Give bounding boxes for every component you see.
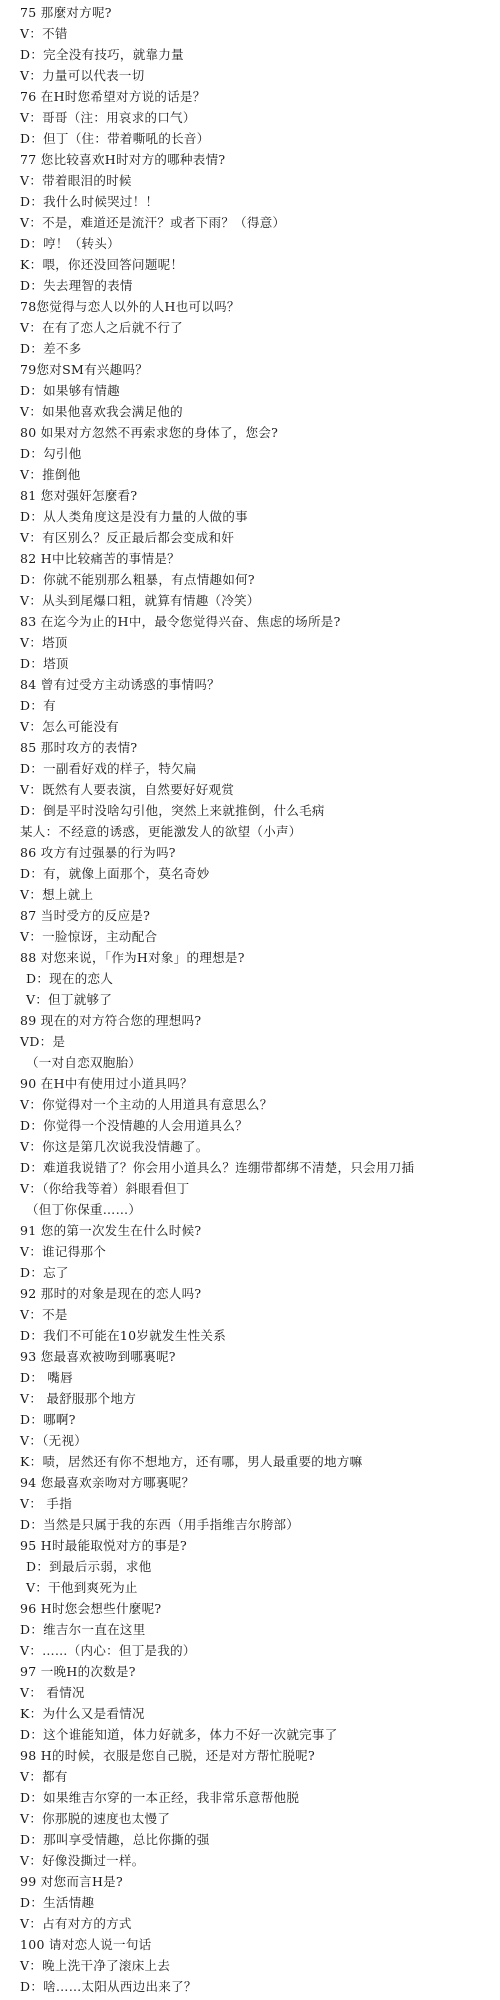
document-line: V：推倒他 [20,465,81,485]
document-line: V：哥哥（注：用哀求的口气） [20,108,196,128]
document-line: D：勾引他 [20,444,82,464]
document-line: 76 在H时您希望对方说的话是？ [20,87,206,107]
document-line: V：既然有人要表演，自然要好好观赏 [20,780,234,800]
document-line: D：失去理智的表情 [20,276,133,296]
document-line: D：生活情趣 [20,1893,94,1913]
document-line: （但丁你保重……） [26,1200,141,1220]
document-line: D：完全没有技巧，就靠力量 [20,45,184,65]
document-line: 80 如果对方忽然不再索求您的身体了，您会? [20,423,278,443]
document-line: V：但丁就够了 [26,990,112,1010]
document-line: 85 那时攻方的表情? [20,738,137,758]
document-line: D：如果维吉尔穿的一本正经，我非常乐意帮他脱 [20,1788,299,1808]
document-line: V：不错 [20,24,68,44]
document-line: D：但丁（住：带着嘶吼的长音） [20,129,210,149]
document-line: V：塔顶 [20,633,68,653]
document-line: 96 H时您会想些什麼呢? [20,1599,161,1619]
document-line: 91 您的第一次发生在什么时候? [20,1221,201,1241]
document-line: 79您对SM有兴趣吗？ [20,360,148,380]
document-line: V：不是 [20,1305,68,1325]
document-line: V：……（内心：但丁是我的） [20,1641,196,1661]
document-line: D：啥……太阳从西边出来了？ [20,1977,197,1997]
document-line: 82 H中比较痛苦的事情是？ [20,549,180,569]
document-line: V：干他到爽死为止 [26,1578,138,1598]
document-line: 77 您比较喜欢H时对方的哪种表情? [20,150,225,170]
document-line: D：忘了 [20,1263,69,1283]
document-line: 98 H的时候，衣服是您自己脱，还是对方帮忙脱呢? [20,1746,315,1766]
document-line: 86 攻方有过强暴的行为吗? [20,843,176,863]
document-line: V：好像没撕过一样。 [20,1851,145,1871]
document-line: V：你那脱的速度也太慢了 [20,1809,170,1829]
document-line: D： 嘴唇 [20,1368,73,1388]
document-line: 84 曾有过受方主动诱惑的事情吗？ [20,675,220,695]
document-line: V：从头到尾爆口粗，就算有情趣（冷笑） [20,591,260,611]
document-line: V：（无视） [20,1431,87,1451]
document-line: D：现在的恋人 [26,969,113,989]
document-line: V：不是，难道还是流汗？或者下雨？（得意） [20,213,285,233]
document-line: 94 您最喜欢亲吻对方哪裏呢？ [20,1473,194,1493]
document-line: V：力量可以代表一切 [20,66,145,86]
document-line: 92 那时的对象是现在的恋人吗? [20,1284,201,1304]
document-line: 78您觉得与恋人以外的人H也可以吗？ [20,297,240,317]
document-line: 100 请对恋人说一句话 [20,1935,151,1955]
document-line: 某人：不经意的诱惑，更能激发人的欲望（小声） [20,822,302,842]
document-line: V：你觉得对一个主动的人用道具有意思么？ [20,1095,273,1115]
document-line: V：谁记得那个 [20,1242,106,1262]
document-line: D：维吉尔一直在这里 [20,1620,146,1640]
document-line: V：带着眼泪的时候 [20,171,132,191]
document-line: V： 最舒服那个地方 [20,1389,136,1409]
document-line: 97 一晚H的次数是? [20,1662,136,1682]
document-line: V：在有了恋人之后就不行了 [20,318,183,338]
document-line: D：到最后示弱，求他 [26,1557,152,1577]
document-line: D：哪啊? [20,1410,76,1430]
document-line: V：一脸惊讶，主动配合 [20,927,157,947]
document-line: VD：是 [20,1032,65,1052]
document-line: D：我们不可能在10岁就发生性关系 [20,1326,226,1346]
document-line: D：当然是只属于我的东西（用手指维吉尔胯部） [20,1515,299,1535]
document-line: D：你觉得一个没情趣的人会用道具么？ [20,1116,248,1136]
document-line: V：如果他喜欢我会满足他的 [20,402,183,422]
document-line: D：那叫享受情趣，总比你撕的强 [20,1830,210,1850]
document-line: V： 手指 [20,1494,72,1514]
document-line: 81 您对强奸怎麼看? [20,486,137,506]
document-line: D：倒是平时没啥勾引他，突然上来就推倒，什么毛病 [20,801,325,821]
document-line: 95 H时最能取悦对方的事是? [20,1536,187,1556]
document-line: V：占有对方的方式 [20,1914,132,1934]
document-line: V：有区别么？反正最后都会变成和奸 [20,528,234,548]
document-line: V：你这是第几次说我没情趣了。 [20,1137,209,1157]
document-line: 83 在迄今为止的H中，最令您觉得兴奋、焦虑的场所是? [20,612,341,632]
document-line: D：塔顶 [20,654,69,674]
document-line: D：一副看好戏的样子，特欠扁 [20,759,197,779]
document-line: D：这个谁能知道，体力好就多，体力不好一次就完事了 [20,1725,338,1745]
document-line: V：（你给我等着）斜眼看但丁 [20,1179,189,1199]
document-line: 75 那麼对方呢? [20,3,112,23]
document-line: V：都有 [20,1767,68,1787]
document-line: K：为什么又是看情况 [20,1704,145,1724]
document-line: 99 对您而言H是? [20,1872,123,1892]
document-line: V： 看情况 [20,1683,85,1703]
document-line: 87 当时受方的反应是? [20,906,150,926]
document-line: 89 现在的对方符合您的理想吗? [20,1011,201,1031]
document-line: D：哼！（转头） [20,234,120,254]
document-line: 90 在H中有使用过小道具吗？ [20,1074,193,1094]
document-line: D：从人类角度这是没有力量的人做的事 [20,507,248,527]
document-line: D：有 [20,696,56,716]
document-line: D：如果够有情趣 [20,381,120,401]
document-line: K：喂，你还没回答问题呢！ [20,255,183,275]
document-line: V：怎么可能没有 [20,717,119,737]
document-line: V：晚上洗干净了滚床上去 [20,1956,170,1976]
document-line: D：我什么时候哭过！！ [20,192,158,212]
document-line: D：差不多 [20,339,82,359]
document-line: D：你就不能别那么粗暴，有点情趣如何? [20,570,255,590]
document-line: 88 对您来说，「作为H对象」的理想是? [20,948,245,968]
document-line: K：啧，居然还有你不想地方，还有哪，男人最重要的地方嘛 [20,1452,362,1472]
document-line: D：有，就像上面那个，莫名奇妙 [20,864,210,884]
document-line: 93 您最喜欢被吻到哪裏呢? [20,1347,176,1367]
document-line: （一对自恋双胞胎） [26,1053,141,1073]
document-line: D：难道我说错了？你会用小道具么？连绷带都绑不清楚，只会用刀插 [20,1158,414,1178]
document-line: V：想上就上 [20,885,93,905]
qa-document: 75 那麼对方呢?V：不错D：完全没有技巧，就靠力量V：力量可以代表一切76 在… [0,0,500,2000]
